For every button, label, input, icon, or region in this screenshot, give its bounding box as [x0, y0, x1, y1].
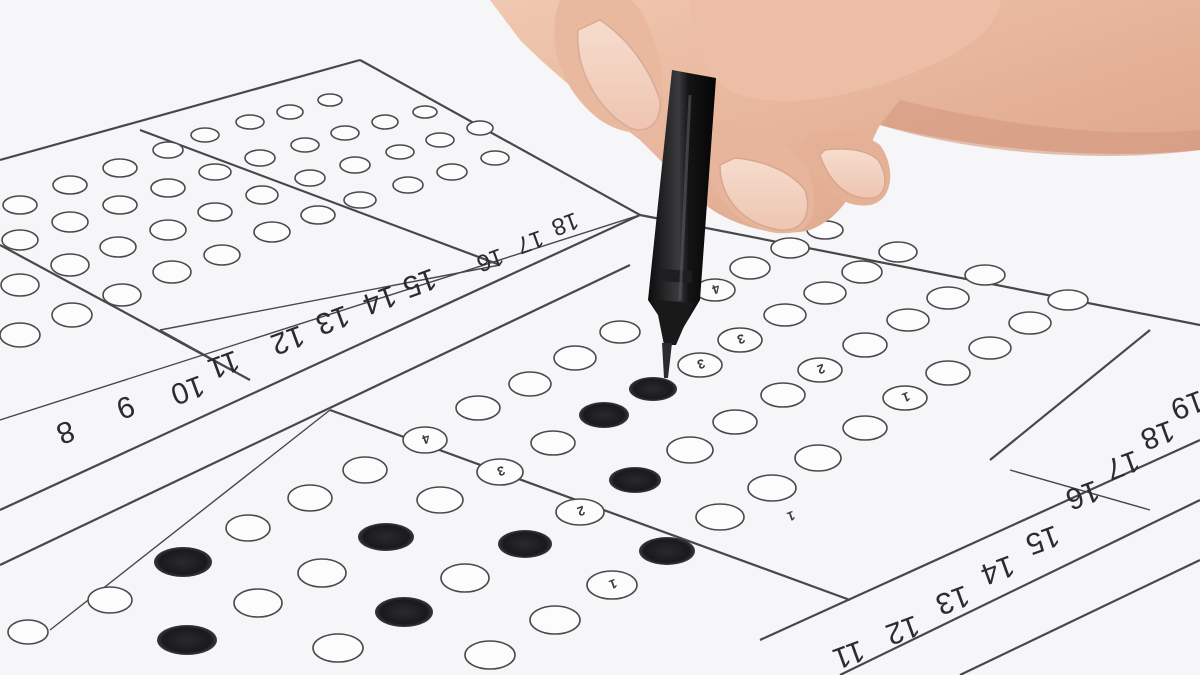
filled-bubble: [639, 537, 695, 565]
filled-bubble: [498, 530, 552, 558]
filled-bubble: [609, 467, 661, 493]
filled-bubble: [154, 547, 212, 577]
filled-bubble: [358, 523, 414, 551]
filled-bubble: [157, 625, 217, 655]
filled-bubble: [375, 597, 433, 627]
filled-bubble: [629, 377, 677, 401]
filled-bubble: [579, 402, 629, 428]
photo-scene: 8 9 10 11 12 13 14 15 16 17 18 11 12 13 …: [0, 0, 1200, 675]
